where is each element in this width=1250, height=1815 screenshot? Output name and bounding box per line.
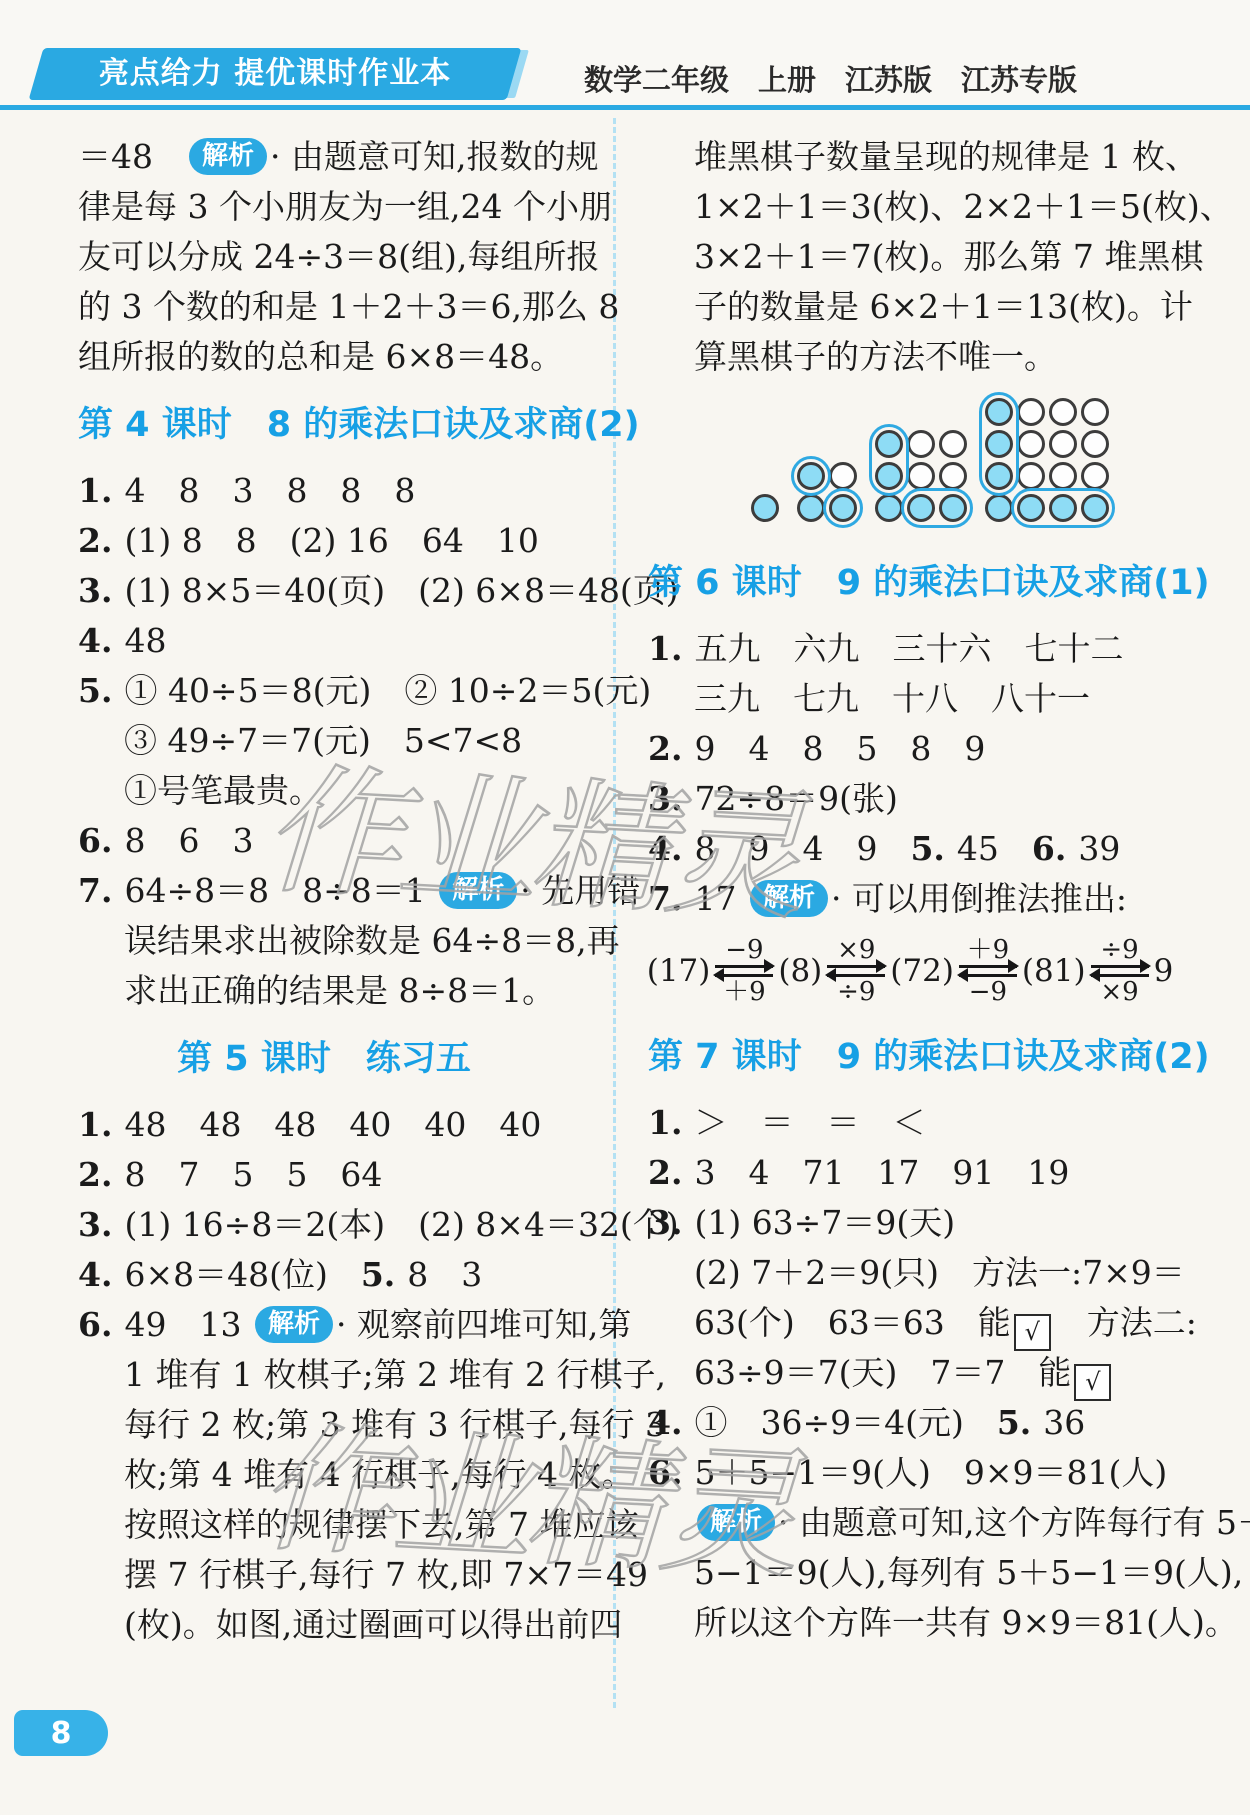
answer-line: 6.49 13 解析· 观察前四堆可知,第: [78, 1300, 570, 1350]
blue-counter-circle: [797, 462, 825, 490]
item-number: 2.: [78, 521, 112, 560]
white-counter-circle: [1081, 398, 1109, 426]
arrow-label-top: ＋9: [967, 938, 1010, 962]
item-number: 2.: [78, 1155, 112, 1194]
answer-text: · 可以用倒推法推出:: [831, 879, 1127, 918]
answer-line: 7.17 解析· 可以用倒推法推出:: [648, 874, 1172, 924]
arrow-label-top: −9: [725, 938, 763, 962]
answer-line: 3.72÷8＝9(张): [648, 774, 1172, 824]
section-title: 第 5 课时 练习五: [78, 1036, 570, 1082]
section-title: 第 7 课时 9 的乘法口诀及求商(2): [648, 1034, 1172, 1080]
blue-counter-circle: [1017, 494, 1045, 522]
answer-line: 误结果求出被除数是 64÷8＝8,再: [78, 916, 570, 966]
arrow-label-bottom: ×9: [1100, 980, 1138, 1004]
answer-text: 1×2＋1＝3(枚)、2×2＋1＝5(枚)、: [694, 187, 1233, 226]
answer-line: 每行 2 枚;第 3 堆有 3 行棋子,每行 3: [78, 1400, 570, 1450]
answer-text: 4 8 3 8 8 8: [124, 471, 415, 510]
item-number: 2.: [648, 1153, 682, 1192]
answer-text: 8 6 3: [124, 821, 253, 860]
answer-text: (1) 8×5＝40(页) (2) 6×8＝48(页): [124, 571, 678, 610]
answer-line: 4.48: [78, 616, 570, 666]
counter-pile: [875, 430, 967, 522]
left-arrow-icon: [1091, 974, 1149, 977]
answer-line: 3.(1) 8×5＝40(页) (2) 6×8＝48(页): [78, 566, 570, 616]
answer-text: 摆 7 行棋子,每行 7 枚,即 7×7＝49: [124, 1555, 648, 1594]
answer-text: 的 3 个数的和是 1＋2＋3＝6,那么 8: [78, 287, 619, 326]
answer-line: 6.8 6 3: [78, 816, 570, 866]
item-number: 4.: [78, 1255, 112, 1294]
blue-counter-circle: [829, 494, 857, 522]
answer-line: 枚;第 4 堆有 4 行棋子,每行 4 枚。: [78, 1450, 570, 1500]
answer-line: 2.(1) 8 8 (2) 16 64 10: [78, 516, 570, 566]
answer-line: 解析· 由题意可知,这个方阵每行有 5＋: [648, 1498, 1172, 1548]
answer-text: · 由题意可知,报数的规: [270, 137, 598, 176]
answer-text: 友可以分成 24÷3＝8(组),每组所报: [78, 237, 599, 276]
answer-line: 2.9 4 8 5 8 9: [648, 724, 1172, 774]
arrow-node: (8): [778, 953, 822, 989]
answer-text: 64÷8＝8 8÷8＝1: [124, 871, 436, 910]
item-number: 6.: [78, 1305, 112, 1344]
blue-counter-circle: [875, 462, 903, 490]
answer-line: 1.五九 六九 三十六 七十二: [648, 624, 1172, 674]
white-counter-circle: [939, 462, 967, 490]
item-number: 1.: [78, 1105, 112, 1144]
blue-counter-circle: [985, 494, 1013, 522]
analysis-badge: 解析: [750, 880, 828, 917]
answer-line: 子的数量是 6×2＋1＝13(枚)。计: [648, 282, 1172, 332]
section-title: 第 6 课时 9 的乘法口诀及求商(1): [648, 560, 1172, 606]
answer-line: 3×2＋1＝7(枚)。那么第 7 堆黑棋: [648, 232, 1172, 282]
answer-text: 8 9 4 9: [694, 829, 910, 868]
answer-line: 的 3 个数的和是 1＋2＋3＝6,那么 8: [78, 282, 570, 332]
item-number: 5.: [78, 671, 112, 710]
blue-counter-circle: [751, 494, 779, 522]
double-arrow: ×9÷9: [827, 938, 885, 1004]
edition-title: 数学二年级 上册 江苏版 江苏专版: [584, 58, 1077, 99]
blue-counter-circle: [939, 494, 967, 522]
answer-line: 摆 7 行棋子,每行 7 枚,即 7×7＝49: [78, 1550, 570, 1600]
answer-text: 8 3: [407, 1255, 482, 1294]
answer-line: ③ 49÷7＝7(元) 5<7<8: [78, 716, 570, 766]
answer-line: 1.48 48 48 40 40 40: [78, 1100, 570, 1150]
analysis-badge: 解析: [439, 872, 517, 909]
white-counter-circle: [1049, 430, 1077, 458]
item-number: 1.: [648, 629, 682, 668]
answer-line: 所以这个方阵一共有 9×9＝81(人)。: [648, 1598, 1172, 1648]
item-number: 1.: [78, 471, 112, 510]
item-number: 6.: [78, 821, 112, 860]
white-counter-circle: [939, 430, 967, 458]
white-counter-circle: [907, 430, 935, 458]
arrow-label-top: ÷9: [1100, 938, 1138, 962]
answer-line: 63(个) 63＝63 能√ 方法二:: [648, 1298, 1172, 1348]
blue-counter-circle: [1081, 494, 1109, 522]
item-number: 3.: [78, 571, 112, 610]
answer-line: 算黑棋子的方法不唯一。: [648, 332, 1172, 382]
answer-check-box: √: [1014, 1314, 1051, 1351]
arrow-node: 9: [1154, 953, 1174, 989]
answer-line: 4.8 9 4 9 5.45 6.39: [648, 824, 1172, 874]
answer-line: ①号笔最贵。: [78, 766, 570, 816]
white-counter-circle: [1081, 430, 1109, 458]
blue-counter-circle: [875, 494, 903, 522]
answer-text: 求出正确的结果是 8÷8＝1。: [124, 971, 555, 1010]
counters-diagram: [648, 382, 1172, 540]
answer-line: ＝48 解析· 由题意可知,报数的规: [78, 132, 570, 182]
item-number: 6.: [1032, 829, 1066, 868]
item-number: 7.: [78, 871, 112, 910]
answer-text: ＞ ＝ ＝ ＜: [694, 1103, 925, 1142]
item-number: 3.: [648, 1203, 682, 1242]
answer-text: 5＋5−1＝9(人) 9×9＝81(人): [694, 1453, 1167, 1492]
answer-line: 2.3 4 71 17 91 19: [648, 1148, 1172, 1198]
answer-text: 三九 七九 十八 八十一: [694, 679, 1090, 718]
answer-text: 9 4 8 5 8 9: [694, 729, 985, 768]
answer-text: 45: [957, 829, 1032, 868]
blue-counter-circle: [875, 430, 903, 458]
answer-text: 48: [124, 621, 166, 660]
answer-text: 按照这样的规律摆下去,第 7 堆应该: [124, 1505, 638, 1544]
counter-pile: [751, 494, 779, 522]
counter-pile: [985, 398, 1109, 522]
arrow-lines: [959, 965, 1017, 977]
answer-line: 律是每 3 个小朋友为一组,24 个小朋: [78, 182, 570, 232]
answer-line: 6.5＋5−1＝9(人) 9×9＝81(人): [648, 1448, 1172, 1498]
answer-text: 5−1＝9(人),每列有 5＋5−1＝9(人),: [694, 1553, 1243, 1592]
blue-counter-circle: [797, 494, 825, 522]
answer-text: ③ 49÷7＝7(元) 5<7<8: [124, 721, 522, 760]
item-number: 1.: [648, 1103, 682, 1142]
white-counter-circle: [829, 462, 857, 490]
answer-line: 求出正确的结果是 8÷8＝1。: [78, 966, 570, 1016]
arrow-label-top: ×9: [837, 938, 875, 962]
answer-text: ① 40÷5＝8(元) ② 10÷2＝5(元): [124, 671, 651, 710]
answer-text: 72÷8＝9(张): [694, 779, 897, 818]
item-number: 5.: [361, 1255, 395, 1294]
answer-text: 63(个) 63＝63 能: [694, 1303, 1011, 1342]
item-number: 4.: [648, 1403, 682, 1442]
item-number: 4.: [648, 829, 682, 868]
white-counter-circle: [1049, 398, 1077, 426]
analysis-badge: 解析: [189, 138, 267, 175]
answer-text: 6×8＝48(位): [124, 1255, 360, 1294]
answer-line: (枚)。如图,通过圈画可以得出前四: [78, 1600, 570, 1650]
white-counter-circle: [1017, 398, 1045, 426]
section-title: 第 4 课时 8 的乘法口诀及求商(2): [78, 402, 570, 448]
counter-pile: [797, 462, 857, 522]
blue-counter-circle: [1049, 494, 1077, 522]
answer-check-box: √: [1074, 1364, 1111, 1401]
answer-line: 3.(1) 16÷8＝2(本) (2) 8×4＝32(个): [78, 1200, 570, 1250]
answer-line: 堆黑棋子数量呈现的规律是 1 枚、: [648, 132, 1172, 182]
page-number: 8: [51, 1716, 72, 1751]
answer-text: 1 堆有 1 枚棋子;第 2 堆有 2 行棋子,: [124, 1355, 666, 1394]
blue-counter-circle: [985, 462, 1013, 490]
page-number-badge: 8: [14, 1710, 108, 1756]
answer-text: (枚)。如图,通过圈画可以得出前四: [124, 1605, 622, 1644]
arrow-label-bottom: ＋9: [723, 980, 766, 1004]
answer-line: 5.① 40÷5＝8(元) ② 10÷2＝5(元): [78, 666, 570, 716]
arrow-node: (81): [1022, 953, 1086, 989]
brand-badge: 亮点给力 提优课时作业本: [29, 48, 522, 100]
answer-line: 7.64÷8＝8 8÷8＝1 解析· 先用错: [78, 866, 570, 916]
item-number: 6.: [648, 1453, 682, 1492]
arrow-label-bottom: ÷9: [837, 980, 875, 1004]
item-number: 5.: [910, 829, 944, 868]
answer-line: 组所报的数的总和是 6×8＝48。: [78, 332, 570, 382]
item-number: 7.: [648, 879, 682, 918]
page-header: 亮点给力 提优课时作业本 数学二年级 上册 江苏版 江苏专版: [0, 0, 1250, 110]
answer-text: ＝48: [78, 137, 186, 176]
double-arrow: ＋9−9: [959, 938, 1017, 1004]
answer-text: 3 4 71 17 91 19: [694, 1153, 1069, 1192]
arrow-node: (17): [647, 953, 711, 989]
arrow-label-bottom: −9: [969, 980, 1007, 1004]
answer-line: 4.6×8＝48(位) 5.8 3: [78, 1250, 570, 1300]
answer-text: · 由题意可知,这个方阵每行有 5＋: [778, 1503, 1250, 1542]
answer-line: (2) 7＋2＝9(只) 方法一:7×9＝: [648, 1248, 1172, 1298]
item-number: 3.: [78, 1205, 112, 1244]
arrow-lines: [1091, 965, 1149, 977]
item-number: 5.: [997, 1403, 1031, 1442]
answer-text: 五九 六九 三十六 七十二: [694, 629, 1123, 668]
answer-text: (1) 8 8 (2) 16 64 10: [124, 521, 538, 560]
answer-text: 8 7 5 5 64: [124, 1155, 382, 1194]
arrow-lines: [715, 965, 773, 977]
white-counter-circle: [1049, 462, 1077, 490]
blue-counter-circle: [985, 398, 1013, 426]
answer-text: 17: [694, 879, 746, 918]
answer-text: ① 36÷9＝4(元): [694, 1403, 996, 1442]
blue-counter-circle: [985, 430, 1013, 458]
analysis-badge: 解析: [697, 1504, 775, 1541]
left-arrow-icon: [715, 974, 773, 977]
answer-line: 2.8 7 5 5 64: [78, 1150, 570, 1200]
blue-counter-circle: [907, 494, 935, 522]
answer-line: 5−1＝9(人),每列有 5＋5−1＝9(人),: [648, 1548, 1172, 1598]
left-arrow-icon: [959, 974, 1017, 977]
analysis-badge: 解析: [255, 1306, 333, 1343]
answer-text: 63÷9＝7(天) 7＝7 能: [694, 1353, 1071, 1392]
double-arrow: ÷9×9: [1091, 938, 1149, 1004]
answer-line: 3.(1) 63÷7＝9(天): [648, 1198, 1172, 1248]
answer-text: 枚;第 4 堆有 4 行棋子,每行 4 枚。: [124, 1455, 635, 1494]
white-counter-circle: [1017, 430, 1045, 458]
answer-text: 子的数量是 6×2＋1＝13(枚)。计: [694, 287, 1193, 326]
arrow-node: (72): [890, 953, 954, 989]
left-arrow-icon: [827, 974, 885, 977]
answer-text: 48 48 48 40 40 40: [124, 1105, 541, 1144]
answer-line: 1.＞ ＝ ＝ ＜: [648, 1098, 1172, 1148]
answer-text: 39: [1078, 829, 1120, 868]
right-column: 堆黑棋子数量呈现的规律是 1 枚、1×2＋1＝3(枚)、2×2＋1＝5(枚)、3…: [648, 132, 1172, 1648]
brand-title: 亮点给力 提优课时作业本: [36, 48, 514, 100]
answer-line: 1 堆有 1 枚棋子;第 2 堆有 2 行棋子,: [78, 1350, 570, 1400]
answer-line: 1×2＋1＝3(枚)、2×2＋1＝5(枚)、: [648, 182, 1172, 232]
white-counter-circle: [1081, 462, 1109, 490]
arrow-lines: [827, 965, 885, 977]
answer-text: 算黑棋子的方法不唯一。: [694, 337, 1057, 376]
answer-text: 方法二:: [1054, 1303, 1197, 1342]
answer-text: ①号笔最贵。: [124, 771, 322, 810]
answer-text: · 先用错: [520, 871, 640, 910]
answer-text: 律是每 3 个小朋友为一组,24 个小朋: [78, 187, 612, 226]
item-number: 4.: [78, 621, 112, 660]
answer-line: 按照这样的规律摆下去,第 7 堆应该: [78, 1500, 570, 1550]
answer-text: 每行 2 枚;第 3 堆有 3 行棋子,每行 3: [124, 1405, 666, 1444]
answer-text: (1) 63÷7＝9(天): [694, 1203, 955, 1242]
answer-line: 1.4 8 3 8 8 8: [78, 466, 570, 516]
double-arrow: −9＋9: [715, 938, 773, 1004]
answer-text: 3×2＋1＝7(枚)。那么第 7 堆黑棋: [694, 237, 1203, 276]
answer-text: 所以这个方阵一共有 9×9＝81(人)。: [694, 1603, 1238, 1642]
item-number: 3.: [648, 779, 682, 818]
answer-text: (2) 7＋2＝9(只) 方法一:7×9＝: [694, 1253, 1185, 1292]
item-number: 2.: [648, 729, 682, 768]
answer-text: · 观察前四堆可知,第: [336, 1305, 631, 1344]
answer-line: 友可以分成 24÷3＝8(组),每组所报: [78, 232, 570, 282]
workbook-answer-page: 亮点给力 提优课时作业本 数学二年级 上册 江苏版 江苏专版 ＝48 解析· 由…: [0, 0, 1250, 1815]
answer-text: 36: [1043, 1403, 1085, 1442]
answer-text: (1) 16÷8＝2(本) (2) 8×4＝32(个): [124, 1205, 678, 1244]
answer-text: 误结果求出被除数是 64÷8＝8,再: [124, 921, 620, 960]
answer-line: 63÷9＝7(天) 7＝7 能√: [648, 1348, 1172, 1398]
backward-derivation-chain: (17)−9＋9(8)×9÷9(72)＋9−9(81)÷9×99: [648, 924, 1172, 1014]
answer-line: 三九 七九 十八 八十一: [648, 674, 1172, 724]
white-counter-circle: [907, 462, 935, 490]
white-counter-circle: [1017, 462, 1045, 490]
left-column: ＝48 解析· 由题意可知,报数的规律是每 3 个小朋友为一组,24 个小朋友可…: [78, 132, 570, 1650]
answer-text: 堆黑棋子数量呈现的规律是 1 枚、: [694, 137, 1198, 176]
answer-text: 组所报的数的总和是 6×8＝48。: [78, 337, 563, 376]
answer-text: 49 13: [124, 1305, 251, 1344]
